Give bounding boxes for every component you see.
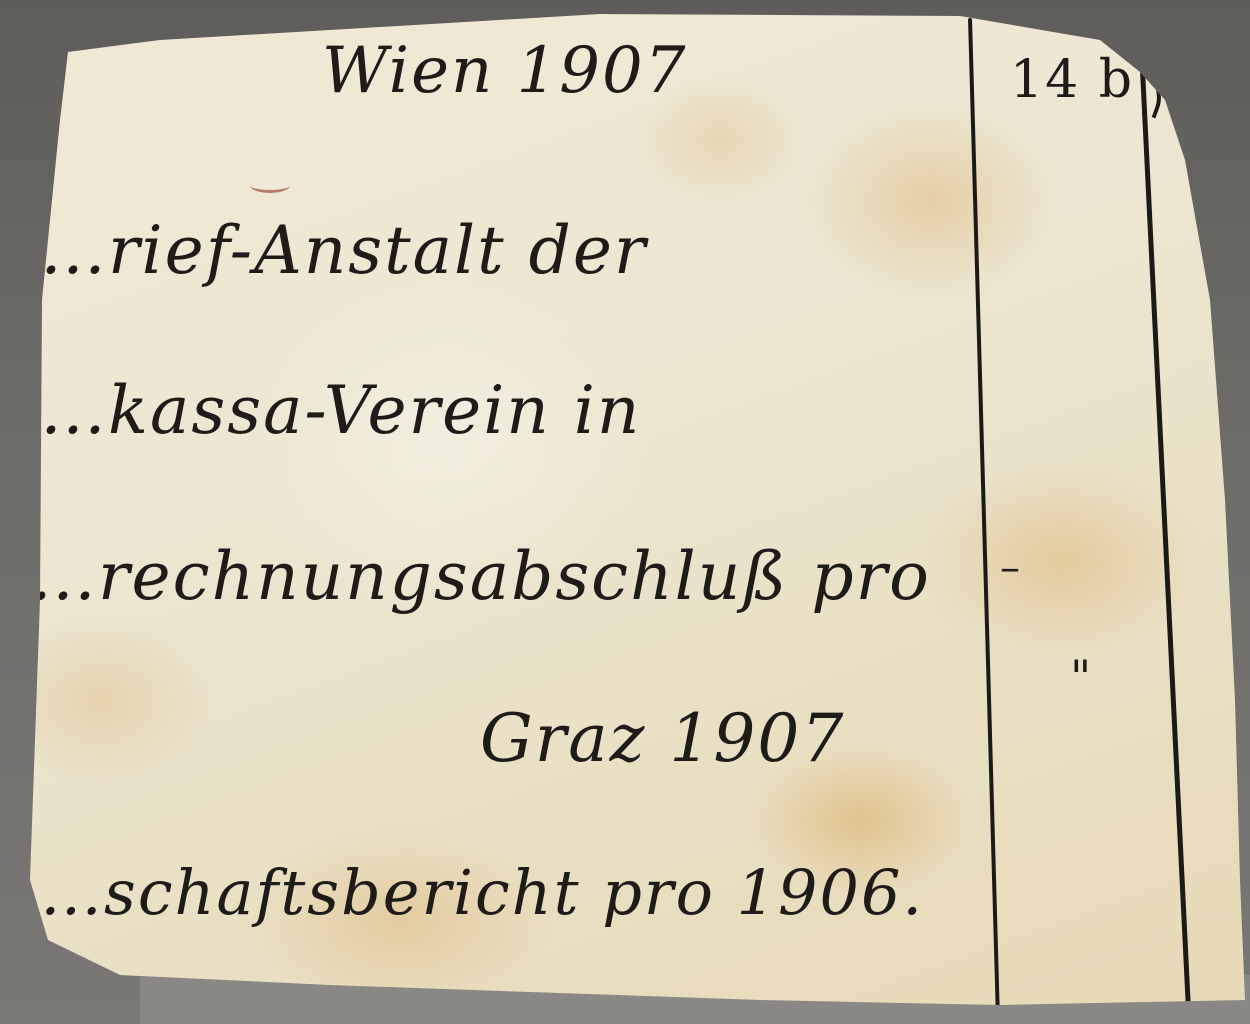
handwritten-line-3: …kassa-Verein in xyxy=(40,372,641,449)
paper-fragment: Wien 1907 …rief-Anstalt der …kassa-Verei… xyxy=(0,0,1250,1024)
handwritten-line-2: …rief-Anstalt der xyxy=(40,212,647,289)
column-rule-left xyxy=(968,18,1000,1008)
handwritten-line-1: Wien 1907 xyxy=(322,34,687,108)
right-column-entry-number: 14 b xyxy=(1010,50,1134,110)
handwritten-line-4: …rechnungsabschluß pro xyxy=(30,538,931,615)
red-stain xyxy=(250,178,290,193)
handwritten-line-5: Graz 1907 xyxy=(480,700,845,777)
handwritten-line-6: …schaftsbericht pro 1906. xyxy=(40,856,924,929)
column-rule-right xyxy=(1140,70,1191,1004)
right-column-ditto-mark: " xyxy=(1070,650,1093,704)
right-column-dash: – xyxy=(1000,545,1022,591)
